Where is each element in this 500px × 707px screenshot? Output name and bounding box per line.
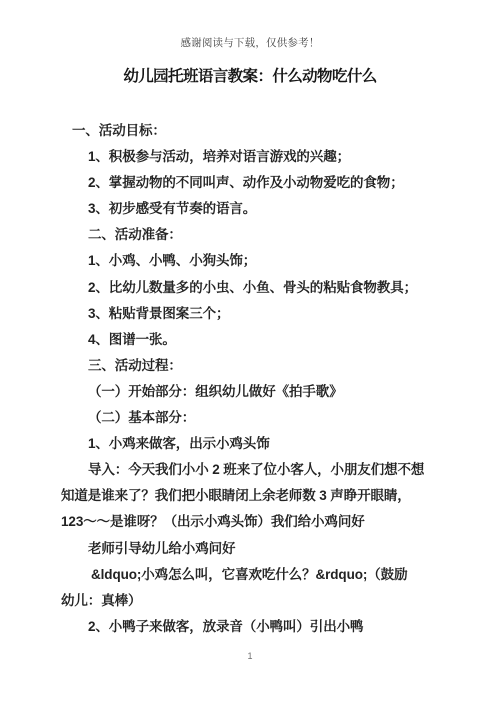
text-line: 老师引导幼儿给小鸡问好: [61, 536, 480, 562]
document-page: 感谢阅读与下载，仅供参考！ 幼儿园托班语言教案：什么动物吃什么 一、活动目标：1…: [0, 0, 500, 707]
text-line: 2、比幼儿数量多的小虫、小鱼、骨头的粘贴食物教具；: [61, 275, 480, 301]
page-number-label: 1: [0, 651, 500, 662]
header-notice: 感谢阅读与下载，仅供参考！: [0, 37, 500, 50]
text-line: （一）开始部分：组织幼儿做好《拍手歌》: [61, 379, 480, 405]
text-line: 2、小鸭子来做客，放录音（小鸭叫）引出小鸭: [61, 614, 480, 640]
document-body: 一、活动目标：1、积极参与活动，培养对语言游戏的兴趣；2、掌握动物的不同叫声、动…: [61, 118, 480, 640]
document-title: 幼儿园托班语言教案：什么动物吃什么: [0, 67, 500, 86]
text-line: 3、粘贴背景图案三个；: [61, 301, 480, 327]
text-line: 导入：今天我们小小 2 班来了位小客人，小朋友们想不想: [61, 457, 480, 483]
text-line: 2、掌握动物的不同叫声、动作及小动物爱吃的食物；: [61, 170, 480, 196]
text-line: 三、活动过程：: [61, 353, 480, 379]
text-line: &ldquo;小鸡怎么叫，它喜欢吃什么？&rdquo;（鼓励: [61, 562, 480, 588]
text-line: 二、活动准备：: [61, 222, 480, 248]
text-line: （二）基本部分：: [61, 405, 480, 431]
text-line: 4、图谱一张。: [61, 327, 480, 353]
text-line: 一、活动目标：: [61, 118, 480, 144]
text-line: 3、初步感受有节奏的语言。: [61, 196, 480, 222]
text-line: 1、积极参与活动，培养对语言游戏的兴趣；: [61, 144, 480, 170]
text-line: 1、小鸡、小鸭、小狗头饰；: [61, 248, 480, 274]
text-line: 123～～是谁呀？（出示小鸡头饰）我们给小鸡问好: [61, 509, 480, 535]
text-line: 1、小鸡来做客，出示小鸡头饰: [61, 431, 480, 457]
text-line: 幼儿：真棒）: [61, 588, 480, 614]
text-line: 知道是谁来了？我们把小眼睛闭上余老师数 3 声睁开眼睛，: [61, 483, 480, 509]
